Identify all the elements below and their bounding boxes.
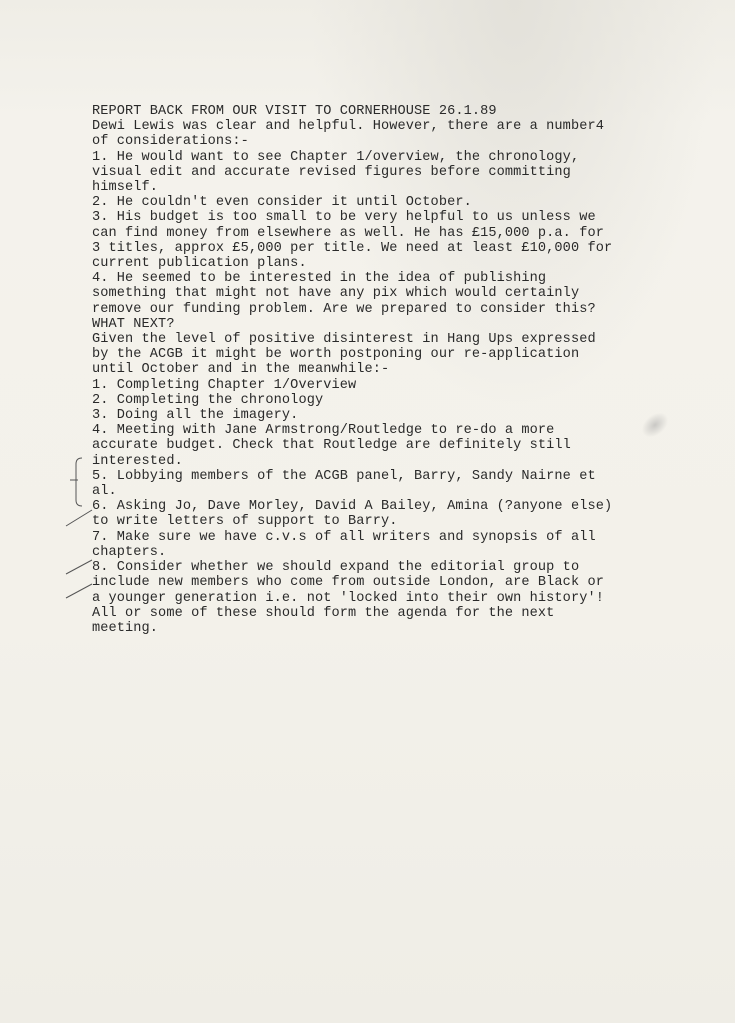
consideration-line: something that might not have any pix wh… [92,286,712,301]
section-intro-line: by the ACGB it might be worth postponing… [92,347,712,362]
action-line: 3. Doing all the imagery. [92,408,712,423]
action-line: 4. Meeting with Jane Armstrong/Routledge… [92,423,712,438]
intro-line: Dewi Lewis was clear and helpful. Howeve… [92,119,712,134]
bracket-pen-mark-icon [68,456,88,508]
action-line: 2. Completing the chronology [92,393,712,408]
action-line: include new members who come from outsid… [92,575,712,590]
consideration-line: can find money from elsewhere as well. H… [92,226,712,241]
consideration-line: 1. He would want to see Chapter 1/overvi… [92,150,712,165]
consideration-line: 3. His budget is too small to be very he… [92,210,712,225]
action-line: interested. [92,454,712,469]
intro-line: of considerations:- [92,134,712,149]
action-line: 6. Asking Jo, Dave Morley, David A Baile… [92,499,712,514]
closing-line: All or some of these should form the age… [92,606,712,621]
consideration-line: visual edit and accurate revised figures… [92,165,712,180]
action-line: 7. Make sure we have c.v.s of all writer… [92,530,712,545]
section-intro-line: until October and in the meanwhile:- [92,362,712,377]
consideration-line: 4. He seemed to be interested in the ide… [92,271,712,286]
section-heading-what-next: WHAT NEXT? [92,317,712,332]
typed-report: REPORT BACK FROM OUR VISIT TO CORNERHOUS… [92,104,712,636]
tick-pen-mark-icon [64,508,94,528]
action-line: a younger generation i.e. not 'locked in… [92,591,712,606]
closing-line: meeting. [92,621,712,636]
action-line: 5. Lobbying members of the ACGB panel, B… [92,469,712,484]
action-line: 8. Consider whether we should expand the… [92,560,712,575]
action-line: accurate budget. Check that Routledge ar… [92,438,712,453]
action-line: al. [92,484,712,499]
consideration-line: himself. [92,180,712,195]
report-title: REPORT BACK FROM OUR VISIT TO CORNERHOUS… [92,104,712,119]
consideration-line: 3 titles, approx £5,000 per title. We ne… [92,241,712,256]
tick-pen-mark-icon [64,580,94,600]
consideration-line: remove our funding problem. Are we prepa… [92,302,712,317]
action-line: chapters. [92,545,712,560]
consideration-line: 2. He couldn't even consider it until Oc… [92,195,712,210]
tick-pen-mark-icon [64,556,94,576]
section-intro-line: Given the level of positive disinterest … [92,332,712,347]
consideration-line: current publication plans. [92,256,712,271]
action-line: 1. Completing Chapter 1/Overview [92,378,712,393]
action-line: to write letters of support to Barry. [92,514,712,529]
